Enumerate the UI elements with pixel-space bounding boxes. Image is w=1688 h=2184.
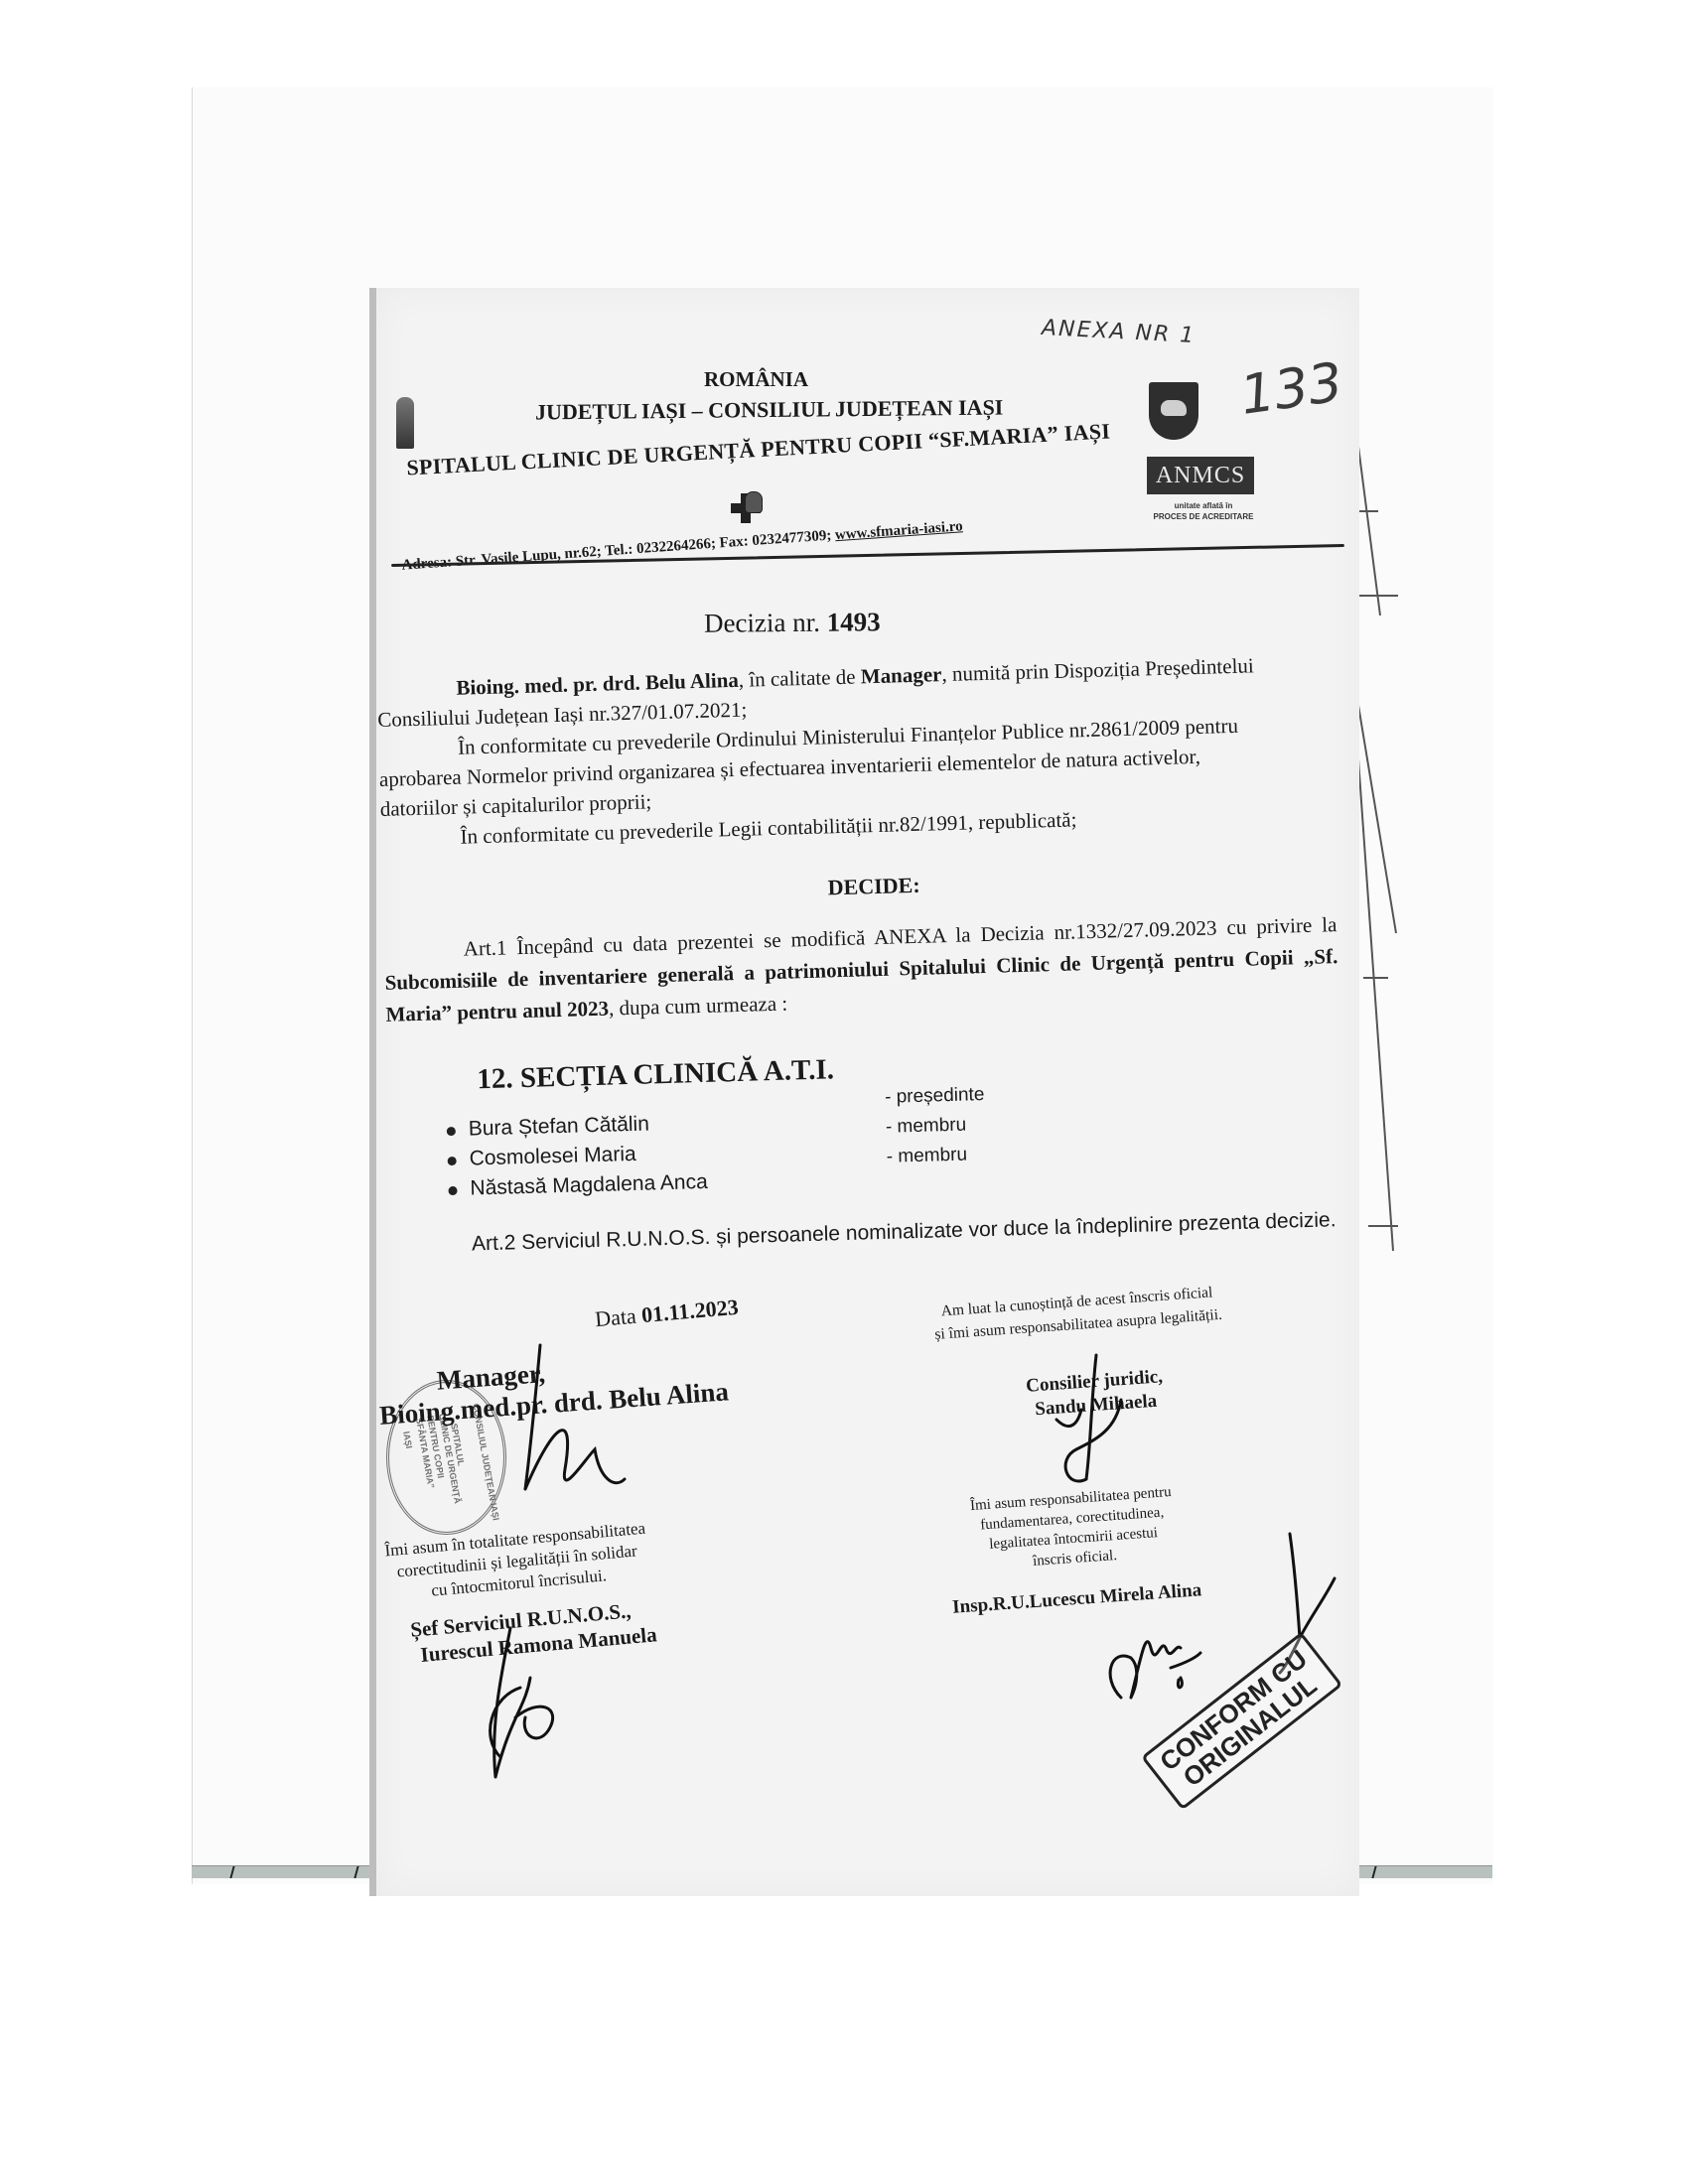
anmcs-logo: ANMCS [1147,457,1254,494]
article-1: Art.1 Începând cu data prezentei se modi… [383,907,1368,1030]
decision-document: ANEXA NR 1 133 ROMÂNIA JUDEȚUL IAȘI – CO… [369,288,1359,1896]
hr-signature [1101,1618,1210,1707]
handwritten-page-number: 133 [1236,350,1346,427]
hr-statement: Îmi asum responsabilitatea pentru fundam… [969,1482,1176,1575]
header-address: Adresa: Str. Vasile Lupu, nr.62; Tel.: 0… [401,518,963,574]
handwritten-annex-note: ANEXA NR 1 [1041,316,1196,348]
runos-statement: Îmi asum în totalitate responsabilitatea… [384,1518,650,1606]
hospital-crest-icon [396,397,414,449]
article-2: Art.2 Serviciul R.U.N.O.S. și persoanele… [391,1196,1375,1270]
legal-statement: Am luat la cunoștință de acest înscris o… [932,1281,1223,1346]
accreditation-note: unitate aflată în PROCES DE ACREDITARE [1139,500,1268,522]
horse-shield-icon [1149,382,1198,440]
legal-signature [1037,1350,1146,1489]
cross-logo-icon [729,491,763,525]
decision-date: Data 01.11.2023 [594,1295,740,1333]
website-link[interactable]: www.sfmaria-iasi.ro [834,518,963,543]
member-list: Bura Ștefan Cătălin- președinte Cosmoles… [388,1089,1373,1206]
runos-signature [471,1618,580,1787]
decision-title: Decizia nr. 1493 [704,607,881,639]
decision-body: Bioing. med. pr. drd. Belu Alina, în cal… [376,647,1375,1269]
header-hospital: SPITALUL CLINIC DE URGENȚĂ PENTRU COPII … [406,418,1111,480]
hr-signatory: Insp.R.U.Lucescu Mirela Alina [952,1579,1202,1618]
signature-area: Data 01.11.2023 CONSILIUL JUDEȚEAN IAȘI … [376,1291,1359,1886]
manager-signature [486,1340,634,1509]
header-country: ROMÂNIA [704,367,808,392]
decide-heading: DECIDE: [382,860,1365,913]
header-county: JUDEȚUL IAȘI – CONSILIUL JUDEȚEAN IAȘI [535,395,1004,426]
